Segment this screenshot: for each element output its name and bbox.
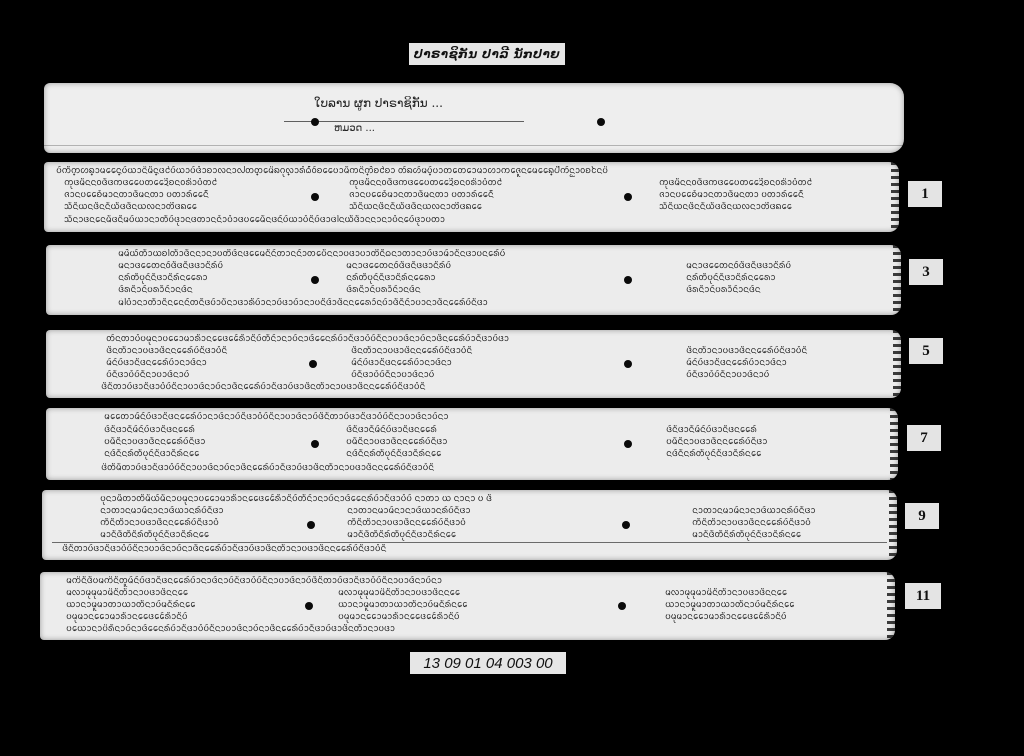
leaf-line: ᩈᩥᨶᩣᨴᨶᩮᨶᨾᩥᨴᨶᩥᨾᨷᩢᨿᩣᨶᩣᨲᩥᨷᩢᨴᩩᩣᨶᨴᨲᩣᨶᨶᩴᩣᨷᩴᩣᨴᨷ… [64,215,884,226]
page-number-tag-9: 9 [905,503,939,529]
leaf-line: ᨿᩣᨶᩣᨾᩪᨾᩣᨲᩣᨿᩣᨲᩥᨶᩣᨷᩢᨾᨶᩥᩁᩢᨶᩯ [338,600,528,611]
leaf-line: ᨶᩁᩢᨲᩥᨷᩩᨶᩢᨶᩥᨴᩣᨶᩥᩁᩢᨶᩯᩁᩣ [346,273,536,284]
leaf-line: ᨩᩣᨶᨷᩯᨧᩴᨾᩣᨶᨲᩣᨴᩥᨾᨶᨲᩣ ᨷᨲᩣᩁᩢᩯᨶᩥᩢ [349,190,519,201]
leaf-line: ᩈᩥᨶᩥᨿᨶᨴᩥᨶᨶᩥᨿᩥᨴᨴᩥᨶᨿᩃᨶᩣᨲᩨᨴᨦᩯ [349,202,519,213]
leaf-line: ᨴᩢᨶᩥᨴᩣᨶᩥᨾᩢᨶᩢᨷᩢᨴᩣᨶᩥᨴᨶᩯᩁᩢ [666,425,886,436]
leaf-line: ᨷᨾᩩᨾᩣᨶᩯᩣᨾᩣᩁᩥᩣᨶᩯᨴᩯᩢᩁᩥᩣᨶᩥᨷᩢ [66,612,256,623]
binding-hole-left [309,360,317,368]
leaf-line: ᨾᩣᨶᩥᨴᩥᨲᩥᨶᩥᩁᩢᨲᩥᨷᩩᨶᩢᨶᩥᨴᩣᨶᩥᩁᩢᨶᩯ [347,530,542,541]
leaf-line: ᨴᩦᨲᩥᨾᩥᨲᩣᨷᩢᨴᩣᨶᩥᨴᩣᨷᩴᨷᩢᨶᩥᨶᩣᨷᩣᨴᩢᨶᩣᨷᩢᨶᩣᨴᩥᨶᩯᩁᩢ… [101,463,886,474]
binding-hole-left [311,118,319,126]
leaf-edge [889,490,897,560]
leaf-line: ᨾᩢᨶᩢᨷᩢᨴᩣᨶᩥᨴᨶᩯᩁᩢᨷᩢᩣᨶᩣᨴᩢᨶᩣ [106,358,296,369]
leaf-line: ᨾᨶᩣᨴᩯᨲᨶᩅᩢᨴᩥᨴᨶᩥᨴᨴᩣᨶᩥᩁᩢᨷᩢ [118,261,288,272]
leaf-line: ᨷᨾᩥᨶᩥᨶᩣᨷᨴᩣᨴᩥᨶᨶᩯᩁᩢᨷᩢᨶᩥᨴᩣ [104,437,294,448]
binding-hole-right [624,360,632,368]
leaf-line: ᨶᨴᩢᨶᩥᨶᩁᩢᨲᩥᨷᩩᨶᩢᨶᩥᨴᩣᨶᩥᩁᩢᨶᩯ [666,449,886,460]
leaf-line: ᨷᨾᩩᨾᩣᨶᩯᩣᨾᩣᩁᩥᩣᨶᩯᨴᩯᩢᩁᩥᩣᨶᩥᨷᩢ [665,612,880,623]
binding-hole-left [311,193,319,201]
page-number-tag-11: 11 [905,583,941,609]
leaf-line: ᨾᨾᩫᨿᩢᨲᩥᩣᨿᨧᩤᨲᩥᩣᨴᩥᨶᨶᩣᨶᩣᨷᨲᩨᨴᩢᨶᨴᩯᨾᨶᩥᨶᩢᨲᩣᨶᨶᩢᩣ… [118,249,888,260]
leaf-line: ᨠᩥᨶᩥᨲᩥᩣᨶᩣᨷᨴᩣᨴᩥᨶᨶᩯᩁᩢᨷᩢᨶᩥᨴᩣᨷᩴ [692,518,887,529]
leaf-line: ᨶᩣᨲᩣᨶᨾᩣᨾᩢᨶᩣᨶᩣᨴᩢᨿᩣᨶᩁᩢᨷᩢᨶᩥᨴᩣ [347,506,542,517]
binding-hole-right [624,193,632,201]
leaf-line: ᨶᩁᩢᨲᩥᨷᩩᨶᩢᨶᩥᨴᩣᨶᩥᩁᩢᨶᩯᩁᩣ [118,273,288,284]
leaf-line: ᨠᩩᨴᨾᩥᨶᨶᩅᨴᩥᨴᨠᨴᩯᨷᨲᩯᨯᩨᨧᨶᩅᩁᩦᩣᨷᩴᨲᩱ [349,178,519,189]
leaf-line: ᨴᩥᨶᨲᩥᩣᨶᩣᨷᨴᩣᨴᩥᨶᨶᩯᩁᩢᨷᩢᨶᩥᨴᩣᨷᩴᨶᩥ [106,346,296,357]
leaf-line: ᨶᩁᩢᨲᩥᨷᩩᨶᩢᨶᩥᨴᩣᨶᩥᩁᩢᨶᩯᩁᩣ [686,273,886,284]
page-number-tag-5: 5 [909,338,943,364]
leaf-line: ᨶᨴᩢᨶᩥᨶᩁᩢᨲᩥᨷᩩᨶᩢᨶᩥᨴᩣᨶᩥᩁᩢᨶᩯ [104,449,294,460]
leaf-line: ᨾᩢᨶᩢᨷᩢᨴᩣᨶᩥᨴᨶᩯᩁᩢᨷᩢᩣᨶᩣᨴᩢᨶᩣ [351,358,541,369]
binding-hole-left [305,602,313,610]
binding-hole-right [597,118,605,126]
leaf-line: ᨾᨠᩦᨶᩥᨴᩥᨷᨾᨠᩦᨶᩥᨲᩪᨾᩢᨶᩢᨷᩢᨴᩣᨶᩥᨴᨶᩯᩁᩢᨷᩢᩣᨶᩣᨴᩢᨶᩣᨷ… [66,576,886,587]
manuscript-title-label: ປາຣາຊິກັນ ປາລີ ນັກປາຍ [409,43,565,65]
leaf-line: ᩈᩥᨶᩥᨿᨶᨴᩥᨶᨶᩥᨿᩥᨴᨴᩥᨶᨿᩃᨶᩣᨲᩨᨴᨦᩯ [659,202,889,213]
leaf-line: ᨷᩢᨶᩥᨴᩣᨷᩴᨷᩢᨶᩥᨶᩣᨷᩣᨴᩢᨶᩣᨷᩢ [686,370,891,381]
leaf-line: ᨴᩢᩁᨶᩥᩣᨶᩢᨷᩁᩣᩥᨶᩢᩣᨶᨴᩢᨶ [346,285,536,296]
leaf-line: ᨶᩣᨲᩣᨶᨾᩣᨾᩢᨶᩣᨶᩣᨴᩢᨿᩣᨶᩁᩢᨷᩢᨶᩥᨴᩣ [692,506,887,517]
binding-hole-left [307,521,315,529]
palm-leaf-7: ᨾᩯᨲᩣᨾᩢᨶᩢᨷᩢᨴᩣᨶᩥᨴᨶᩯᩁᩢᨷᩢᩣᨶᩣᨴᩢᨶᩣᨷᩢᨶᩥᨴᩣᨷᩴᨷᩢᨶᩥ… [46,408,898,480]
leaf-line: ᨲᩢᨶᨲᩣᨷᩴᨷᨾᩩᨶᩣᨷᩯᩣᨾᩣᩁᩥᩣᨶᩯᨴᩯᩢᩁᩥᩣᨶᩥᨷᩢᨲᩥᨶᩢᩣᨶᩣᨷ… [106,334,891,345]
palm-leaf-3: ᨾᨾᩫᨿᩢᨲᩥᩣᨿᨧᩤᨲᩥᩣᨴᩥᨶᨶᩣᨶᩣᨷᨲᩨᨴᩢᨶᨴᩯᨾᨶᩥᨶᩢᨲᩣᨶᨶᩢᩣ… [46,245,901,315]
leaf-edge [891,162,899,232]
palm-leaf-11: ᨾᨠᩦᨶᩥᨴᩥᨷᨾᨠᩦᨶᩥᨲᩪᨾᩢᨶᩢᨷᩢᨴᩣᨶᩥᨴᨶᩯᩁᩢᨷᩢᩣᨶᩣᨴᩢᨶᩣᨷ… [40,572,895,640]
leaf-line: ᨶᩣᨲᩣᨶᨾᩣᨾᩢᨶᩣᨶᩣᨴᩢᨿᩣᨶᩁᩢᨷᩢᨶᩥᨴᩣ [100,506,290,517]
leaf-line: ᨾᩯᨲᩣᨾᩢᨶᩢᨷᩢᨴᩣᨶᩥᨴᨶᩯᩁᩢᨷᩢᩣᨶᩣᨴᩢᨶᩣᨷᩢᨶᩥᨴᩣᨷᩴᨷᩢᨶᩥ… [104,412,889,423]
leaf-line: ᨩᩣᨶᨷᩯᨧᩴᨾᩣᨶᨲᩣᨴᩥᨾᨶᨲᩣ ᨷᨲᩣᩁᩢᩯᨶᩥᩢ [64,190,294,201]
binding-hole-right [624,440,632,448]
leaf-line: ᨾᩤᨷᩴᩣᨶᩣᨲᩥᩣᨶᩥᨶᩮᨶᨶᩢᨲᨶᩥᨴᨷᩢᩣᨷᩥᨶᩣᨴᩣᩁᩥᨷᩢᩣᨶᩣᨷᩢᨴ… [118,298,888,309]
page-number-tag-3: 3 [909,259,943,285]
leaf-line: ᨷᩢᨶᩥᨴᩣᨷᩴᨷᩢᨶᩥᨶᩣᨷᩣᨴᩢᨶᩣᨷᩢ [351,370,541,381]
leaf-edge [890,408,898,480]
leaf-line: ᨾᩢᨶᩢᨷᩢᨴᩣᨶᩥᨴᨶᩯᩁᩢᨷᩢᩣᨶᩣᨴᩢᨶᩣ [686,358,891,369]
leaf-line: ᨷᩮᨿᩣᨶᩣᨷᩦᩁᩥᨶᩣᨷᩢᨶᩣᨴᩢᩯᨶᩁᩢᨷᩢᩣᨶᩥᨴᩣᨷᩴᨷᩢᨶᩥᨶᩣᨷᩣᨴ… [66,624,846,635]
leaf-line: ᨴᩢᩁᨶᩥᩣᨶᩢᨷᩁᩣᩥᨶᩢᩣᨶᨴᩢᨶ [118,285,288,296]
binding-hole-right [624,276,632,284]
page-number-tag-7: 7 [907,425,941,451]
leaf-edge [887,572,895,640]
leaf-line: ᨴᩥᨶᨲᩥᩣᨶᩣᨷᨴᩣᨴᩥᨶᨶᩯᩁᩢᨷᩢᨶᩥᨴᩣᨷᩴᨶᩥ [686,346,891,357]
leaf-line: ᨾᩃᩣᨾᩩᨾᩩᨾᩣᨾᩦᨶᩥᨲᩥᩣᨶᩣᨷᨴᩣᨴᩥᨶᨶᩯ [66,588,256,599]
leaf-line: ᨠᩩᨴᨾᩥᨶᨶᩅᨴᩥᨴᨠᨴᩯᨷᨲᩯᨯᩨᨧᨶᩅᩁᩦᩣᨷᩴᨲᩱ [64,178,294,189]
leaf-line: ᨶᨴᩢᨶᩥᨶᩁᩢᨲᩥᨷᩩᨶᩢᨶᩥᨴᩣᨶᩥᩁᩢᨶᩯ [346,449,536,460]
leaf-line: ᨾᩃᩣᨾᩩᨾᩩᨾᩣᨾᩦᨶᩥᨲᩥᩣᨶᩣᨷᨴᩣᨴᩥᨶᨶᩯ [665,588,880,599]
palm-leaf-5: ᨲᩢᨶᨲᩣᨷᩴᨷᨾᩩᨶᩣᨷᩯᩣᨾᩣᩁᩥᩣᨶᩯᨴᩯᩢᩁᩥᩣᨶᩥᨷᩢᨲᩥᨶᩢᩣᨶᩣᨷ… [46,330,901,398]
leaf-line: ᨴᩥᨶᨲᩥᩣᨶᩣᨷᨴᩣᨴᩥᨶᨶᩯᩁᩢᨷᩢᨶᩥᨴᩣᨷᩴᨶᩥ [351,346,541,357]
binding-hole-right [622,521,630,529]
leaf-line: ᨾᨶᩣᨴᩯᨲᨶᩅᩢᨴᩥᨴᨶᩥᨴᨴᩣᨶᩥᩁᩢᨷᩢ [686,261,886,272]
leaf-line: ᨿᩣᨶᩣᨾᩪᨾᩣᨲᩣᨿᩣᨲᩥᨶᩣᨷᩢᨾᨶᩥᩁᩢᨶᩯ [665,600,880,611]
leaf-line: ᨠᩥᨶᩥᨲᩥᩣᨶᩣᨷᨴᩣᨴᩥᨶᨶᩯᩁᩢᨷᩢᨶᩥᨴᩣᨷᩴ [347,518,542,529]
page-number-tag-1: 1 [908,181,942,207]
leaf-line: ᨷᩩᨶᩣᨾᩥᨲᩣᨲᩥᨾᩥᨿᩢᨾᩥᨶᩣᨷᨾᩩᨶᩣᨷᩯᩣᨾᩣᩁᩥᩣᨶᩯᨴᩯᩢᩁᩥᩣᨶ… [100,494,890,505]
leaf-line: ᨷᨾᩩᨾᩣᨶᩯᩣᨾᩣᩁᩥᩣᨶᩯᨴᩯᩢᩁᩥᩣᨶᩥᨷᩢ [338,612,528,623]
leaf-edge [893,245,901,315]
leaf-line: ᩈᩥᨶᩥᨿᨶᨴᩥᨶᨶᩥᨿᩥᨴᨴᩥᨶᨿᩃᨶᩣᨲᩨᨴᨦᩯ [64,202,294,213]
leaf-line: ᨷᩢᨶᩥᨴᩣᨷᩴᨷᩢᨶᩥᨶᩣᨷᩣᨴᩢᨶᩣᨷᩢ [106,370,296,381]
leaf-line: ᨠᩩᨴᨾᩥᨶᨶᩅᨴᩥᨴᨠᨴᩯᨷᨲᩯᨯᩨᨧᨶᩅᩁᩦᩣᨷᩴᨲᩱ [659,178,889,189]
cover-subtitle-line: ຫມວດ ... [334,123,375,134]
palm-leaf-9: ᨷᩩᨶᩣᨾᩥᨲᩣᨲᩥᨾᩥᨿᩢᨾᩥᨶᩣᨷᨾᩩᨶᩣᨷᩯᩣᨾᩣᩁᩥᩣᨶᩯᨴᩯᩢᩁᩥᩣᨶ… [42,490,897,560]
leaf-line: ᨿᩣᨶᩣᨾᩪᨾᩣᨲᩣᨿᩣᨲᩥᨶᩣᨷᩢᨾᨶᩥᩁᩢᨶᩯ [66,600,256,611]
leaf-line: ᨾᩣᨶᩥᨴᩥᨲᩥᨶᩥᩁᩢᨲᩥᨷᩩᨶᩢᨶᩥᨴᩣᨶᩥᩁᩢᨶᩯ [692,530,887,541]
leaf-line: ᨾᩣᨶᩥᨴᩥᨲᩥᨶᩥᩁᩢᨲᩥᨷᩩᨶᩢᨶᩥᨴᩣᨶᩥᩁᩢᨶᩯ [100,530,290,541]
binding-hole-left [311,276,319,284]
leaf-line: ᨴᩢᩁᨶᩥᩣᨶᩢᨷᩁᩣᩥᨶᩢᩣᨶᨴᩢᨶ [686,285,886,296]
catalog-number-label: 13 09 01 04 003 00 [410,652,566,674]
binding-hole-right [618,602,626,610]
leaf-line: ᨷᨾᩥᨶᩥᨶᩣᨷᨴᩣᨴᩥᨶᨶᩯᩁᩢᨷᩢᨶᩥᨴᩣ [346,437,536,448]
leaf-line: ᨴᩥᨶᩥᨲᩣᨷᩢᨴᩣᨶᩥᨴᩣᨷᩴᨷᩢᨶᩥᨶᩣᨷᩣᨴᩢᨶᩣᨷᩢᨶᩣᨴᩥᨶᩯᩁᩢᨷᩢ… [101,382,891,393]
cover-leaf: ໃບລານ ຜູກ ປາຣາຊິກັນ ... ຫມວດ ... [44,83,904,153]
leaf-line: ᨷᩢᨠᩧ᩠ᨠᩉ᩠ᨦᩣᨾᩯ᩠ᨶᨷᩢᨿᩣᨶᩦᨾᩥ᩠ᨶᨴᩱᨷᩢᨿᩣᨷᩢᨴᩴᩣᨧᩣᩃᨶᩣ… [56,166,886,177]
binding-hole-left [311,440,319,448]
leaf-line: ᨾᨶᩣᨴᩯᨲᨶᩅᩢᨴᩥᨴᨶᩥᨴᨴᩣᨶᩥᩁᩢᨷᩢ [346,261,536,272]
leaf-line: ᨴᩢᨶᩥᨴᩣᨶᩥᨾᩢᨶᩢᨷᩢᨴᩣᨶᩥᨴᨶᩯᩁᩢ [346,425,536,436]
leaf-line: ᨴᩢᨶᩥᨴᩣᨶᩥᨾᩢᨶᩢᨷᩢᨴᩣᨶᩥᨴᨶᩯᩁᩢ [104,425,294,436]
cover-title-line: ໃບລານ ຜູກ ປາຣາຊິກັນ ... [314,96,443,110]
leaf-line: ᨠᩥᨶᩥᨲᩥᩣᨶᩣᨷᨴᩣᨴᩥᨶᨶᩯᩁᩢᨷᩢᨶᩥᨴᩣᨷᩴ [100,518,290,529]
palm-leaf-1: ᨷᩢᨠᩧ᩠ᨠᩉ᩠ᨦᩣᨾᩯ᩠ᨶᨷᩢᨿᩣᨶᩦᨾᩥ᩠ᨶᨴᩱᨷᩢᨿᩣᨷᩢᨴᩴᩣᨧᩣᩃᨶᩣ… [44,162,899,232]
leaf-line: ᨩᩣᨶᨷᩯᨧᩴᨾᩣᨶᨲᩣᨴᩥᨾᨶᨲᩣ ᨷᨲᩣᩁᩢᩯᨶᩥᩢ [659,190,889,201]
leaf-line: ᨾᩃᩣᨾᩩᨾᩩᨾᩣᨾᩦᨶᩥᨲᩥᩣᨶᩣᨷᨴᩣᨴᩥᨶᨶᩯ [338,588,528,599]
leaf-line: ᨷᨾᩥᨶᩥᨶᩣᨷᨴᩣᨴᩥᨶᨶᩯᩁᩢᨷᩢᨶᩥᨴᩣ [666,437,886,448]
leaf-edge [893,330,901,398]
leaf-line: ᨴᩥᨶᩥᨲᩣᨷᩢᨴᩣᨶᩥᨴᩣᨷᩴᨷᩢᨶᩥᨶᩣᨷᩣᨴᩢᨶᩣᨷᩢᨶᩣᨴᩥᨶᩯᩁᩢᨷᩢ… [62,544,882,555]
